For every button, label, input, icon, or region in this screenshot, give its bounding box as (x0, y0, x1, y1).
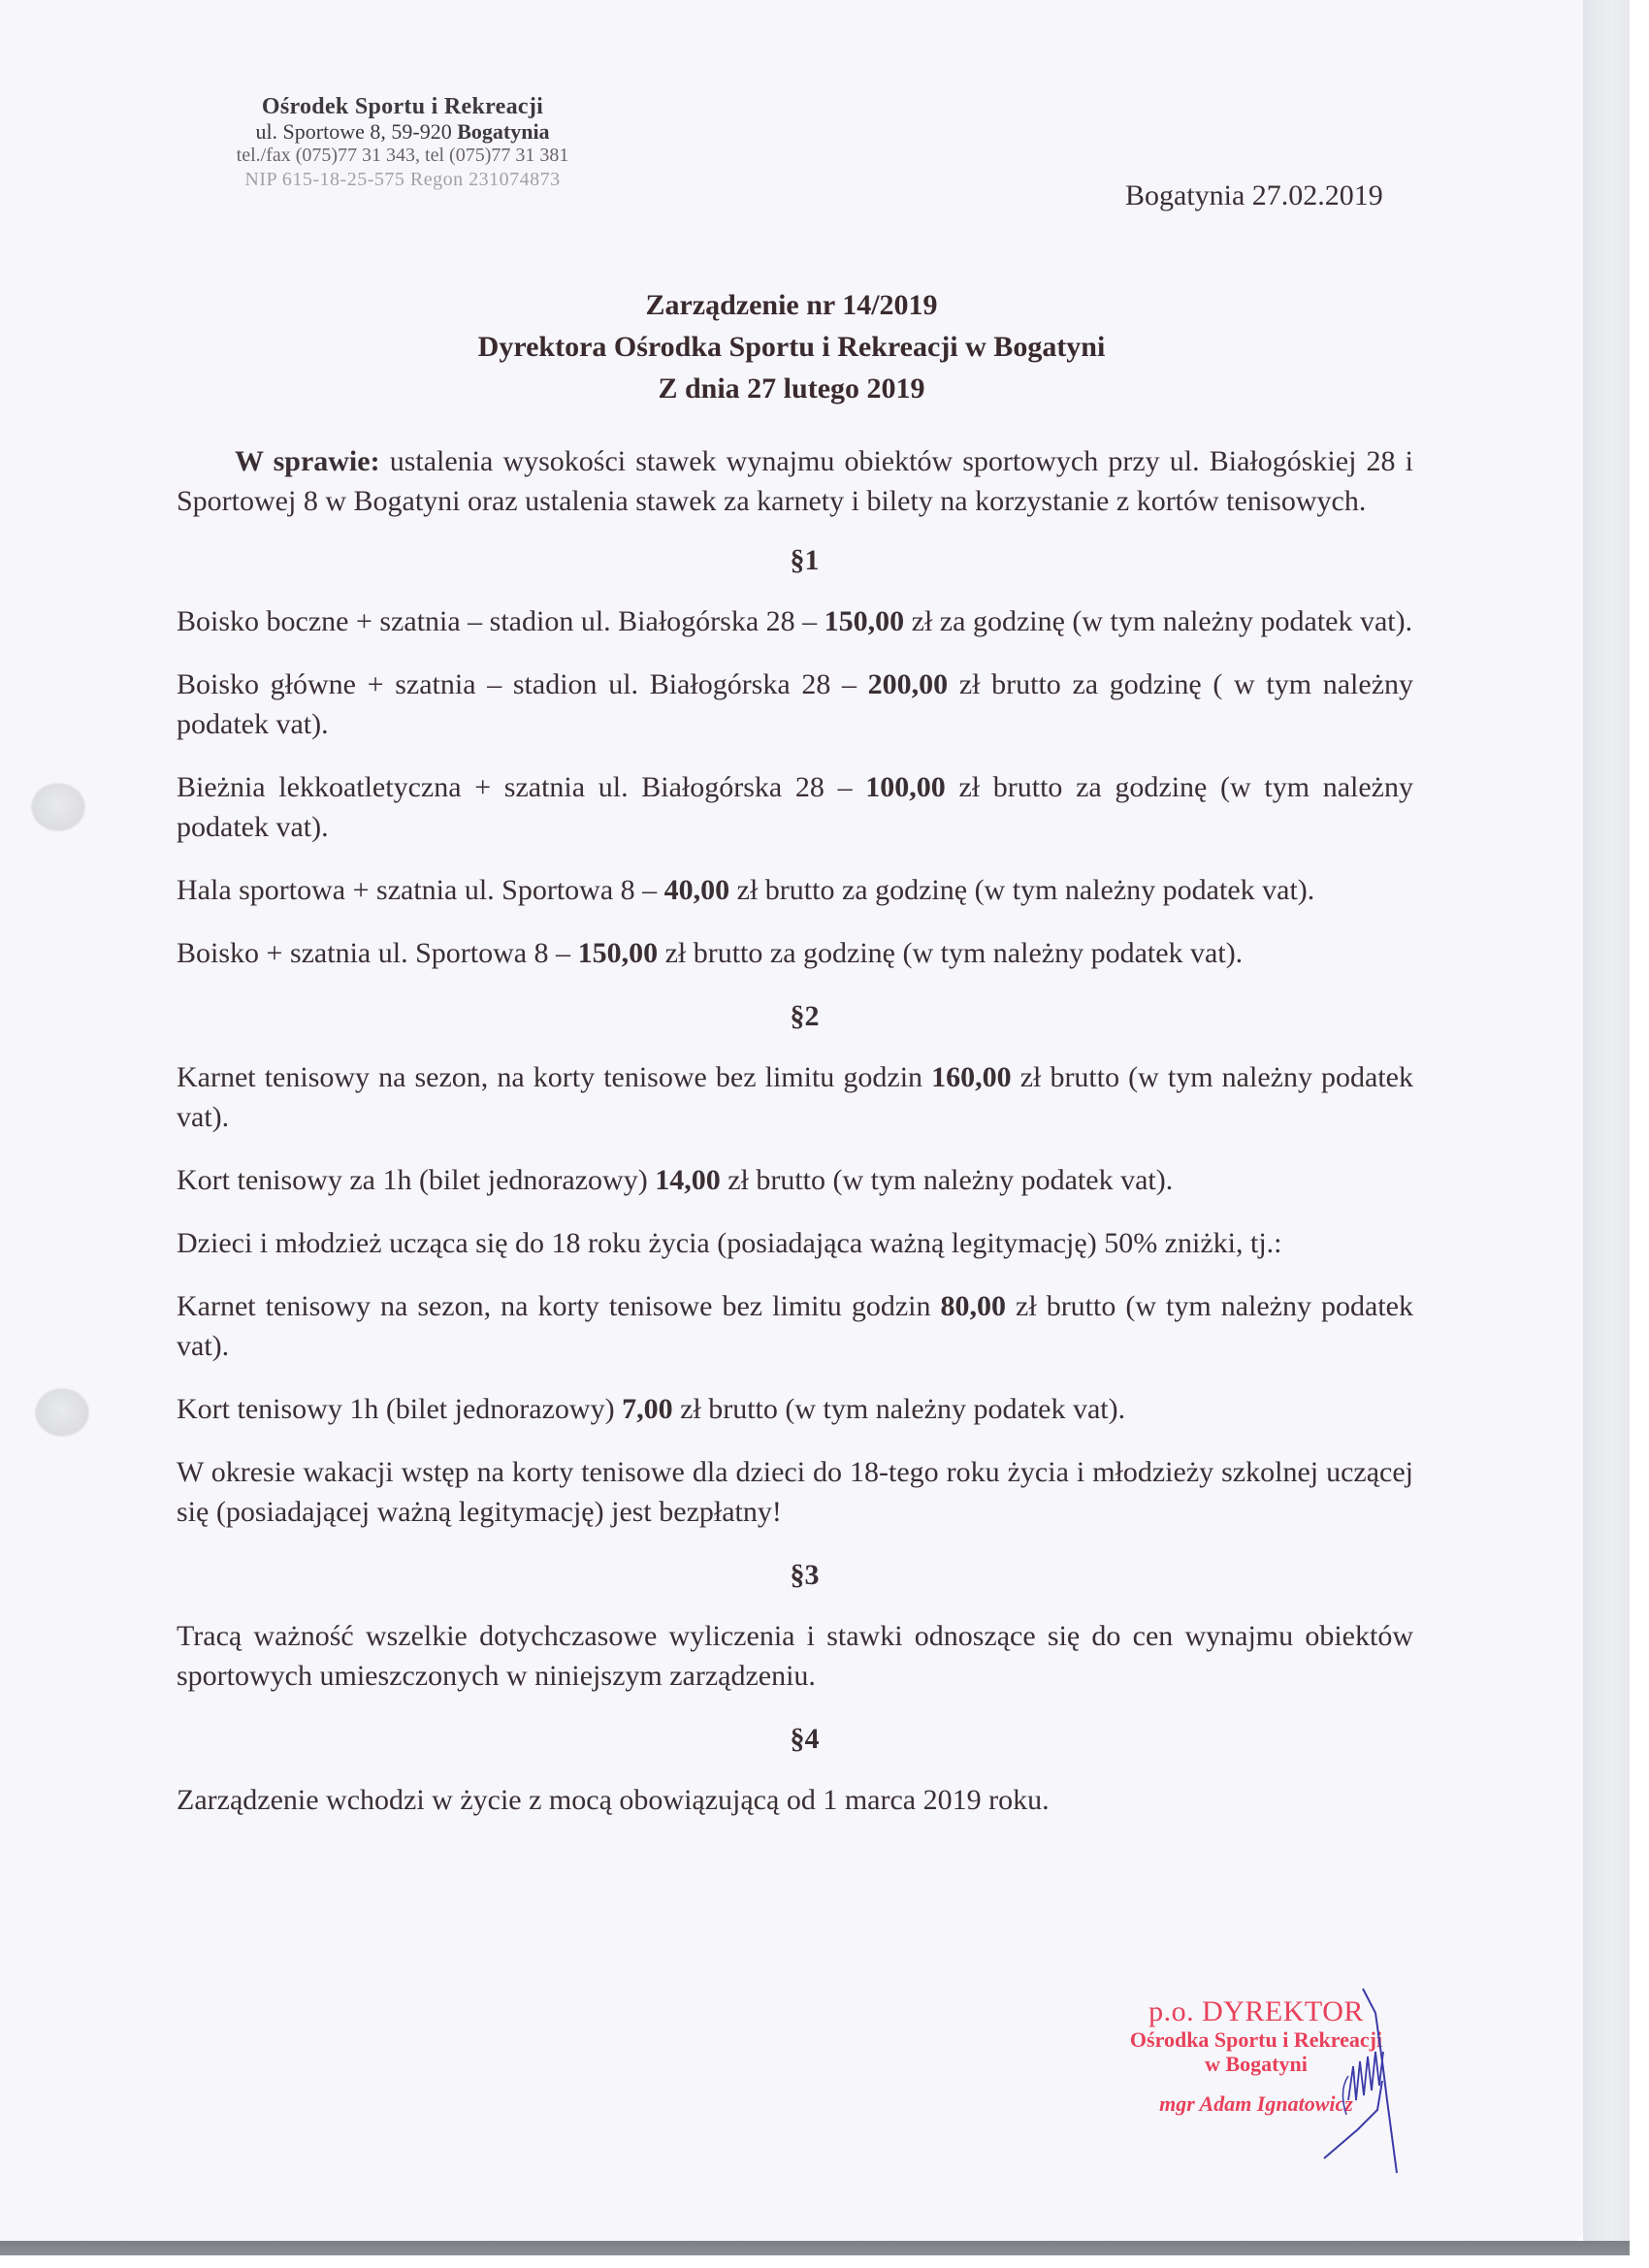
rate-paragraph: Zarządzenie wchodzi w życie z mocą obowi… (177, 1780, 1413, 1820)
paragraph-text: Boisko główne + szatnia – stadion ul. Bi… (177, 668, 868, 700)
sections-container: §1Boisko boczne + szatnia – stadion ul. … (177, 540, 1413, 1820)
price-amount: 14,00 (655, 1164, 721, 1196)
title-line-3: Z dnia 27 lutego 2019 (0, 368, 1583, 409)
price-amount: 80,00 (941, 1290, 1007, 1322)
paragraph-text: Boisko + szatnia ul. Sportowa 8 – (177, 937, 578, 969)
paragraph-text: Bieżnia lekkoatletyczna + szatnia ul. Bi… (177, 771, 865, 803)
price-amount: 160,00 (931, 1061, 1012, 1093)
intro-label: W sprawie: (235, 445, 380, 477)
paragraph-text: Karnet tenisowy na sezon, na korty tenis… (177, 1290, 941, 1322)
rate-paragraph: Boisko + szatnia ul. Sportowa 8 – 150,00… (177, 933, 1413, 973)
price-amount: 150,00 (578, 937, 659, 969)
section-mark: §3 (177, 1555, 1413, 1595)
punch-hole-icon (32, 784, 84, 830)
paragraph-text: Kort tenisowy za 1h (bilet jednorazowy) (177, 1164, 655, 1196)
title-line-2: Dyrektora Ośrodka Sportu i Rekreacji w B… (0, 326, 1583, 368)
letterhead-registry: NIP 615-18-25-575 Regon 231074873 (170, 168, 635, 192)
intro-paragraph: W sprawie: ustalenia wysokości stawek wy… (177, 441, 1413, 521)
title-line-1: Zarządzenie nr 14/2019 (0, 284, 1583, 326)
scanned-page: Ośrodek Sportu i Rekreacji ul. Sportowe … (0, 0, 1583, 2241)
rate-paragraph: Kort tenisowy za 1h (bilet jednorazowy) … (177, 1160, 1413, 1200)
letterhead-address: ul. Sportowe 8, 59-920 Bogatynia (170, 119, 635, 144)
paragraph-text: Hala sportowa + szatnia ul. Sportowa 8 – (177, 874, 664, 906)
rate-paragraph: Boisko boczne + szatnia – stadion ul. Bi… (177, 601, 1413, 641)
price-amount: 200,00 (868, 668, 949, 700)
place-date: Bogatynia 27.02.2019 (1125, 179, 1383, 212)
paragraph-text: zł brutto (w tym należny podatek vat). (721, 1164, 1174, 1196)
paragraph-text: zł brutto za godzinę (w tym należny poda… (658, 937, 1243, 969)
paragraph-text: W okresie wakacji wstęp na korty tenisow… (177, 1456, 1413, 1528)
rate-paragraph: Dzieci i młodzież ucząca się do 18 roku … (177, 1223, 1413, 1263)
rate-paragraph: Bieżnia lekkoatletyczna + szatnia ul. Bi… (177, 767, 1413, 847)
scanner-bed-bottom (0, 2241, 1630, 2255)
paragraph-text: zł brutto za godzinę (w tym należny poda… (729, 874, 1314, 906)
punch-hole-icon (36, 1389, 88, 1436)
paragraph-text: Zarządzenie wchodzi w życie z mocą obowi… (177, 1784, 1050, 1816)
paragraph-text: Karnet tenisowy na sezon, na korty tenis… (177, 1061, 931, 1093)
section-mark: §2 (177, 996, 1413, 1036)
handwritten-signature-icon (1290, 1984, 1406, 2178)
paragraph-text: zł za godzinę (w tym należny podatek vat… (904, 605, 1412, 637)
price-amount: 150,00 (824, 605, 905, 637)
rate-paragraph: Kort tenisowy 1h (bilet jednorazowy) 7,0… (177, 1389, 1413, 1429)
rate-paragraph: Tracą ważność wszelkie dotychczasowe wyl… (177, 1616, 1413, 1696)
section-mark: §4 (177, 1719, 1413, 1759)
letterhead-name: Ośrodek Sportu i Rekreacji (170, 95, 635, 119)
paragraph-text: zł brutto (w tym należny podatek vat). (673, 1393, 1126, 1425)
rate-paragraph: Karnet tenisowy na sezon, na korty tenis… (177, 1057, 1413, 1137)
paragraph-text: Kort tenisowy 1h (bilet jednorazowy) (177, 1393, 622, 1425)
letterhead-phone: tel./fax (075)77 31 343, tel (075)77 31 … (170, 144, 635, 168)
document-body: W sprawie: ustalenia wysokości stawek wy… (177, 441, 1413, 1843)
scanner-bed-right (1583, 0, 1630, 2255)
rate-paragraph: Karnet tenisowy na sezon, na korty tenis… (177, 1286, 1413, 1366)
rate-paragraph: Hala sportowa + szatnia ul. Sportowa 8 –… (177, 870, 1413, 910)
letterhead-stamp: Ośrodek Sportu i Rekreacji ul. Sportowe … (170, 95, 635, 192)
section-mark: §1 (177, 540, 1413, 580)
price-amount: 40,00 (664, 874, 730, 906)
paragraph-text: Tracą ważność wszelkie dotychczasowe wyl… (177, 1620, 1413, 1692)
document-title: Zarządzenie nr 14/2019 Dyrektora Ośrodka… (0, 284, 1583, 409)
letterhead-city: Bogatynia (457, 119, 549, 144)
price-amount: 7,00 (622, 1393, 673, 1425)
letterhead-street: ul. Sportowe 8, 59-920 (255, 119, 451, 144)
price-amount: 100,00 (865, 771, 946, 803)
rate-paragraph: Boisko główne + szatnia – stadion ul. Bi… (177, 664, 1413, 744)
paragraph-text: Dzieci i młodzież ucząca się do 18 roku … (177, 1227, 1282, 1259)
paragraph-text: Boisko boczne + szatnia – stadion ul. Bi… (177, 605, 824, 637)
rate-paragraph: W okresie wakacji wstęp na korty tenisow… (177, 1452, 1413, 1532)
